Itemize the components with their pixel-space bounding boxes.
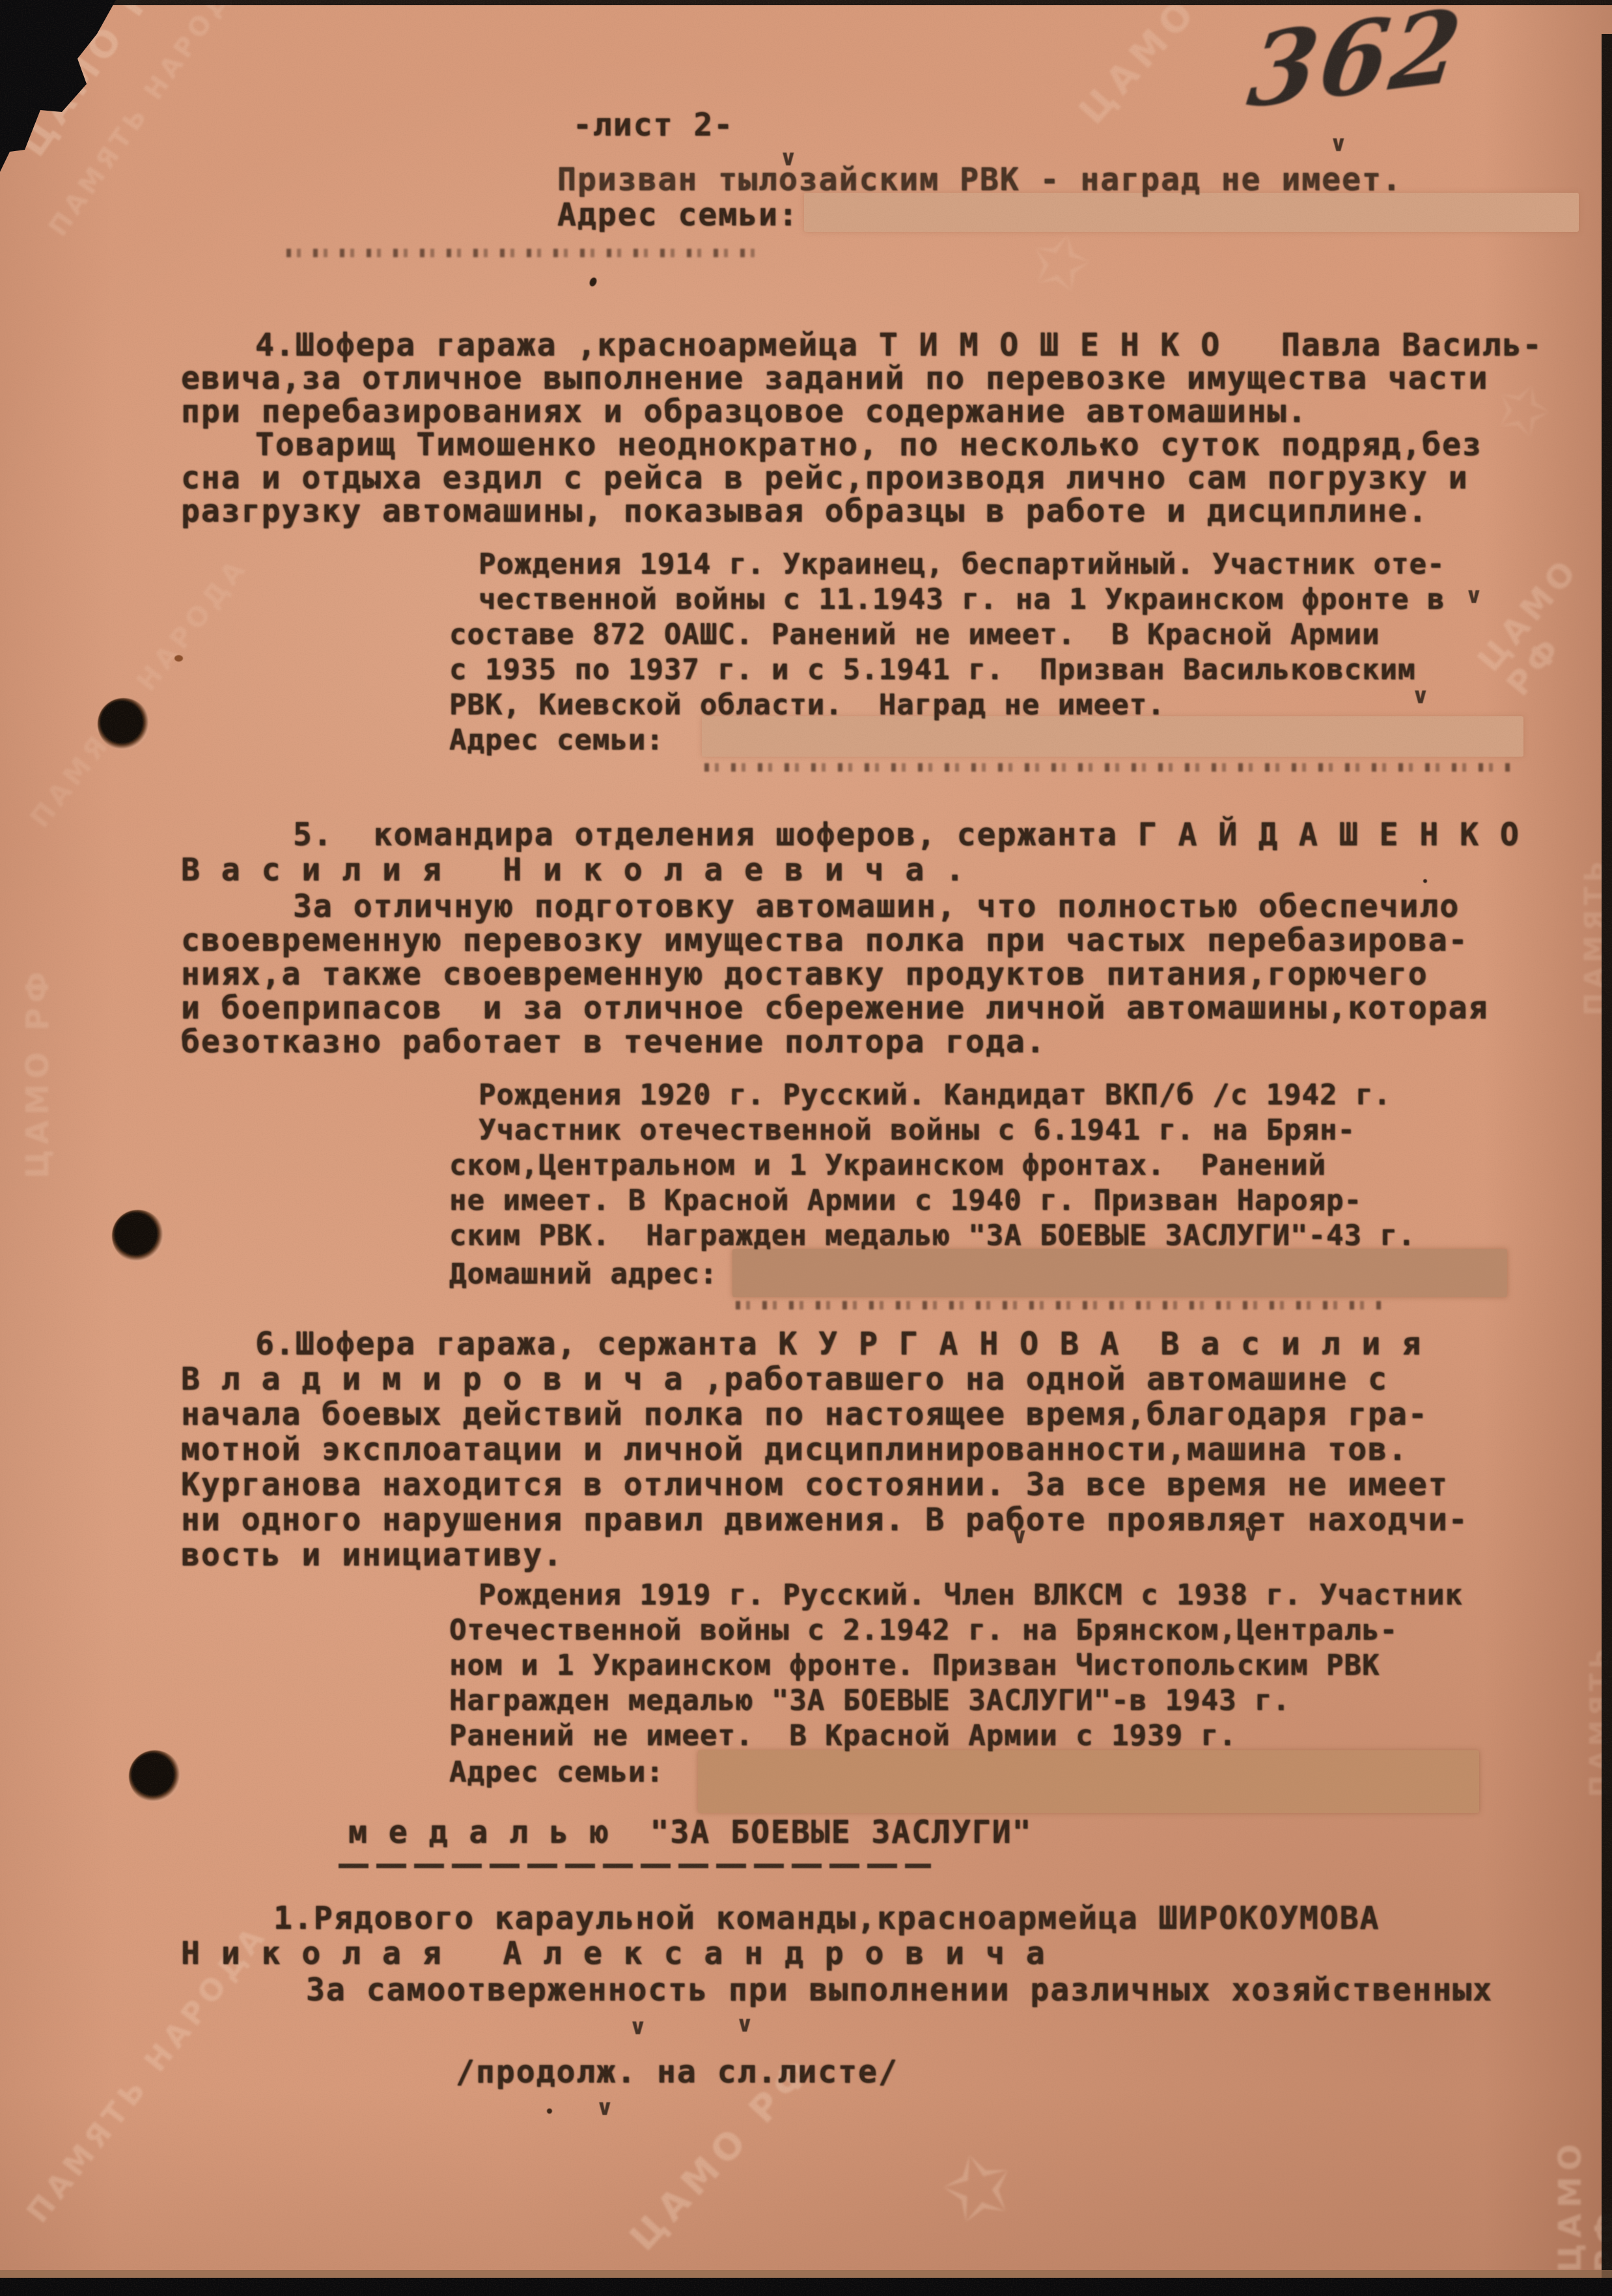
award-heading: м е д а л ь ю "ЗА БОЕВЫЕ ЗАСЛУГИ"	[348, 1817, 1033, 1848]
typed-line: Курганова находится в отличном состоянии…	[181, 1469, 1449, 1500]
erased-line	[286, 249, 755, 257]
typed-line: при перебазированиях и образцовое содерж…	[181, 396, 1307, 427]
pen-tick-mark: ∨	[629, 2016, 647, 2038]
address-label: Адрес семьи:	[557, 199, 799, 231]
pen-tick-mark: ∨	[1411, 685, 1430, 707]
paper-speck	[1423, 879, 1427, 883]
typed-line: Отечественной войны с 2.1942 г. на Брянс…	[449, 1616, 1398, 1645]
pamyat-watermark: ПАМЯТЬ НАРОДА	[23, 551, 254, 833]
scan-edge-bottom	[0, 2278, 1612, 2296]
typed-line: начала боевых действий полка по настояще…	[181, 1399, 1428, 1430]
typed-line: ном и 1 Украинском фронте. Призван Чисто…	[449, 1651, 1380, 1680]
camo-watermark: ЦАМО РФ	[1071, 0, 1270, 132]
paper-speck	[589, 277, 598, 288]
typed-line: Рождения 1914 г. Украинец, беспартийный.…	[479, 550, 1445, 579]
pen-tick-mark: ∨	[596, 2097, 614, 2119]
typed-line: Рождения 1919 г. Русский. Член ВЛКСМ с 1…	[479, 1581, 1463, 1610]
pen-tick-mark: ∨	[1329, 133, 1348, 155]
address-label: Адрес семьи:	[449, 1758, 664, 1787]
typed-line: чественной войны с 11.1943 г. на 1 Украи…	[479, 585, 1445, 614]
typed-line: Награжден медалью "ЗА БОЕВЫЕ ЗАСЛУГИ"-в …	[449, 1687, 1290, 1715]
typed-line: ни одного нарушения правил движения. В р…	[181, 1504, 1469, 1535]
erased-line	[736, 1301, 1387, 1309]
paper-speck	[374, 481, 380, 486]
typed-line: В л а д и м и р о в и ч а ,работавшего н…	[181, 1364, 1388, 1395]
address-label: Домашний адрес:	[449, 1260, 717, 1289]
redaction-block	[698, 1750, 1479, 1813]
torn-corner	[0, 0, 130, 182]
pen-tick-mark: ∨	[1465, 585, 1483, 607]
typed-line: не имеет. В Красной Армии с 1940 г. Приз…	[449, 1186, 1362, 1215]
typed-line: В а с и л и я Н и к о л а е в и ч а .	[181, 854, 966, 886]
punch-hole	[112, 1210, 164, 1262]
typed-line: вость и инициативу.	[181, 1539, 563, 1571]
camo-watermark: ЦАМО РФ	[20, 966, 56, 1179]
typed-line: Товарищ Тимошенко неоднократно, по неско…	[255, 429, 1482, 460]
typed-line: Рождения 1920 г. Русский. Кандидат ВКП/б…	[479, 1081, 1391, 1110]
typed-line: мотной эксплоатации и личной дисциплинир…	[181, 1434, 1408, 1465]
star-watermark: ✩	[1484, 365, 1562, 455]
typed-line: РВК, Киевской области. Наград не имеет.	[449, 691, 1165, 720]
camo-watermark: ЦАМО РФ	[1470, 546, 1612, 703]
paper-speck	[547, 2108, 552, 2114]
punch-hole	[129, 1750, 181, 1802]
sheet-number-header: -лист 2-	[573, 109, 734, 141]
typed-line: своевременную перевозку имущества полка …	[181, 925, 1469, 956]
typed-line: ском,Центральном и 1 Украинском фронтах.…	[449, 1151, 1326, 1180]
redaction-block	[732, 1249, 1507, 1297]
address-label: Адрес семьи:	[449, 726, 664, 755]
star-watermark: ✩	[931, 2131, 1025, 2245]
typed-line: 6.Шофера гаража, сержанта К У Р Г А Н О …	[255, 1328, 1422, 1360]
continuation-note: /продолж. на сл.листе/	[456, 2056, 898, 2088]
typed-line: евича,за отличное выполнение заданий по …	[181, 363, 1488, 394]
typed-line: сна и отдыха ездил с рейса в рейс,произв…	[181, 462, 1469, 494]
pen-tick-mark: ∨	[1010, 1525, 1029, 1547]
typed-line: Призван тылозайским РВК - наград не имее…	[557, 164, 1402, 195]
typed-line: составе 872 ОАШС. Ранений не имеет. В Кр…	[449, 621, 1380, 649]
paper-speck	[174, 655, 183, 662]
erased-line	[704, 763, 1512, 772]
redaction-block	[804, 193, 1579, 232]
typed-line: Ранений не имеет. В Красной Армии с 1939…	[449, 1722, 1237, 1750]
typed-line: 5. командира отделения шоферов, сержанта…	[293, 819, 1520, 850]
typed-line: и боеприпасов и за отличное сбережение л…	[181, 992, 1488, 1024]
typed-line: ниях,а также своевременную доставку прод…	[181, 959, 1428, 990]
scan-edge-top	[0, 0, 1612, 5]
document-sheet: ЦАМО РФ ПАМЯТЬ НАРОДА ЦАМО РФ ✩ ЦАМО РФ …	[0, 0, 1612, 2296]
pen-tick-mark: ∨	[1242, 1522, 1260, 1545]
handwritten-folio-number: 362	[1244, 0, 1469, 122]
pen-tick-mark: ∨	[779, 147, 798, 169]
typed-line: 4.Шофера гаража ,красноармейца Т И М О Ш…	[255, 329, 1543, 361]
typed-line: Участник отечественной войны с 6.1941 г.…	[479, 1116, 1355, 1145]
typed-line: разгрузку автомашины, показывая образцы …	[181, 496, 1428, 527]
typed-line: 1.Рядового караульной команды,красноарме…	[273, 1903, 1380, 1934]
typed-line: За отличную подготовку автомашин, что по…	[293, 891, 1460, 922]
redaction-block	[702, 716, 1523, 757]
typed-line: безотказно работает в течение полтора го…	[181, 1026, 1046, 1057]
scan-edge-right	[1602, 34, 1612, 2280]
typed-line: ским РВК. Награжден медалью "ЗА БОЕВЫЕ З…	[449, 1222, 1415, 1250]
underline-rule	[339, 1864, 931, 1868]
pen-tick-mark: ∨	[736, 2013, 754, 2036]
punch-hole	[98, 698, 150, 750]
typed-line: Н и к о л а я А л е к с а н д р о в и ч …	[181, 1938, 1046, 1969]
typed-line: За самоотверженность при выполнении разл…	[306, 1974, 1493, 2006]
typed-line: с 1935 по 1937 г. и с 5.1941 г. Призван …	[449, 656, 1415, 684]
